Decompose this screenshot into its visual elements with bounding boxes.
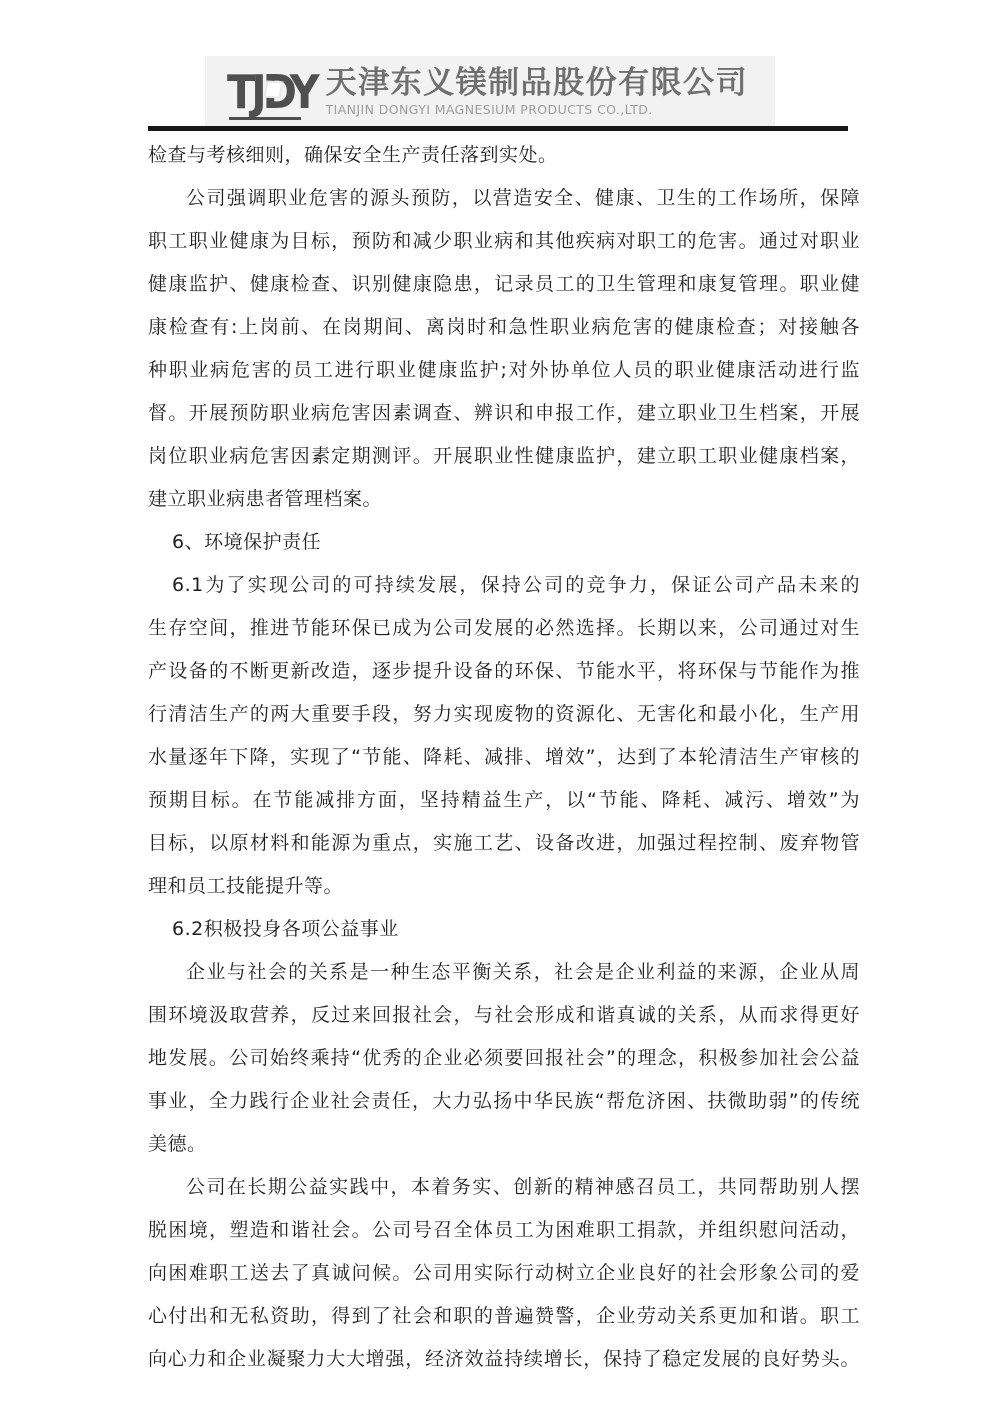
text-line: 事业，全力践行企业社会责任，大力弘扬中华民族“帮危济困、扶微助弱”的传统 <box>148 1080 860 1123</box>
text-line: 种职业病危害的员工进行职业健康监护;对外协单位人员的职业健康活动进行监 <box>148 349 860 392</box>
text-line: 督。开展预防职业病危害因素调查、辨识和申报工作，建立职业卫生档案，开展 <box>148 392 860 435</box>
text-line: 6、环境保护责任 <box>148 521 860 564</box>
text-line: 行清洁生产的两大重要手段，努力实现废物的资源化、无害化和最小化，生产用 <box>148 693 860 736</box>
letterhead-banner: TJDY 天津东义镁制品股份有限公司 TIANJIN DONGYI MAGNES… <box>205 56 775 127</box>
logo-cube-icon <box>263 80 283 98</box>
text-line: 6.2积极投身各项公益事业 <box>148 908 860 951</box>
logo-underline <box>229 117 301 120</box>
company-name-english: TIANJIN DONGYI MAGNESIUM PRODUCTS CO.,LT… <box>326 102 749 117</box>
text-line: 理和员工技能提升等。 <box>148 865 860 908</box>
text-line: 心付出和无私资助，得到了社会和职的普遍赞警，企业劳动关系更加和谐。职工 <box>148 1295 860 1338</box>
text-line: 生存空间，推进节能环保已成为公司发展的必然选择。长期以来，公司通过对生 <box>148 607 860 650</box>
text-line: 健康监护、健康检查、识别健康隐患，记录员工的卫生管理和康复管理。职业健 <box>148 263 860 306</box>
text-line: 脱困境，塑造和谐社会。公司号召全体员工为困难职工捐款，并组织慰问活动， <box>148 1209 860 1252</box>
text-line: 向心力和企业凝聚力大大增强，经济效益持续增长，保持了稳定发展的良好势头。 <box>148 1338 860 1381</box>
company-logo: TJDY <box>227 69 316 115</box>
text-line: 预期目标。在节能减排方面，坚持精益生产，以“节能、降耗、减污、增效”为 <box>148 779 860 822</box>
text-line: 建立职业病患者管理档案。 <box>148 478 860 521</box>
text-line: 检查与考核细则，确保安全生产责任落到实处。 <box>148 134 860 177</box>
document-body: 检查与考核细则，确保安全生产责任落到实处。公司强调职业危害的源头预防，以营造安全… <box>148 134 860 1381</box>
text-line: 围环境汲取营养，反过来回报社会，与社会形成和谐真诚的关系，从而求得更好 <box>148 994 860 1037</box>
text-line: 水量逐年下降，实现了“节能、降耗、减排、增效”，达到了本轮清洁生产审核的 <box>148 736 860 779</box>
header-divider-rule <box>148 126 848 131</box>
text-line: 产设备的不断更新改造，逐步提升设备的环保、节能水平，将环保与节能作为推 <box>148 650 860 693</box>
text-line: 6.1为了实现公司的可持续发展，保持公司的竞争力，保证公司产品未来的 <box>148 564 860 607</box>
company-name-block: 天津东义镁制品股份有限公司 TIANJIN DONGYI MAGNESIUM P… <box>326 66 749 117</box>
text-line: 公司在长期公益实践中，本着务实、创新的精神感召员工，共同帮助别人摆 <box>148 1166 860 1209</box>
text-line: 目标，以原材料和能源为重点，实施工艺、设备改进，加强过程控制、废弃物管 <box>148 822 860 865</box>
text-line: 岗位职业病危害因素定期测评。开展职业性健康监护，建立职工职业健康档案， <box>148 435 860 478</box>
company-name-chinese: 天津东义镁制品股份有限公司 <box>326 66 749 100</box>
text-line: 公司强调职业危害的源头预防，以营造安全、健康、卫生的工作场所，保障 <box>148 177 860 220</box>
text-line: 向困难职工送去了真诚问候。公司用实际行动树立企业良好的社会形象公司的爱 <box>148 1252 860 1295</box>
text-line: 职工职业健康为目标，预防和减少职业病和其他疾病对职工的危害。通过对职业 <box>148 220 860 263</box>
text-line: 企业与社会的关系是一种生态平衡关系，社会是企业利益的来源，企业从周 <box>148 951 860 994</box>
document-page: TJDY 天津东义镁制品股份有限公司 TIANJIN DONGYI MAGNES… <box>0 0 993 1404</box>
text-line: 康检查有:上岗前、在岗期间、离岗时和急性职业病危害的健康检查；对接触各 <box>148 306 860 349</box>
text-line: 地发展。公司始终乘持“优秀的企业必须要回报社会”的理念，积极参加社会公益 <box>148 1037 860 1080</box>
text-line: 美德。 <box>148 1123 860 1166</box>
